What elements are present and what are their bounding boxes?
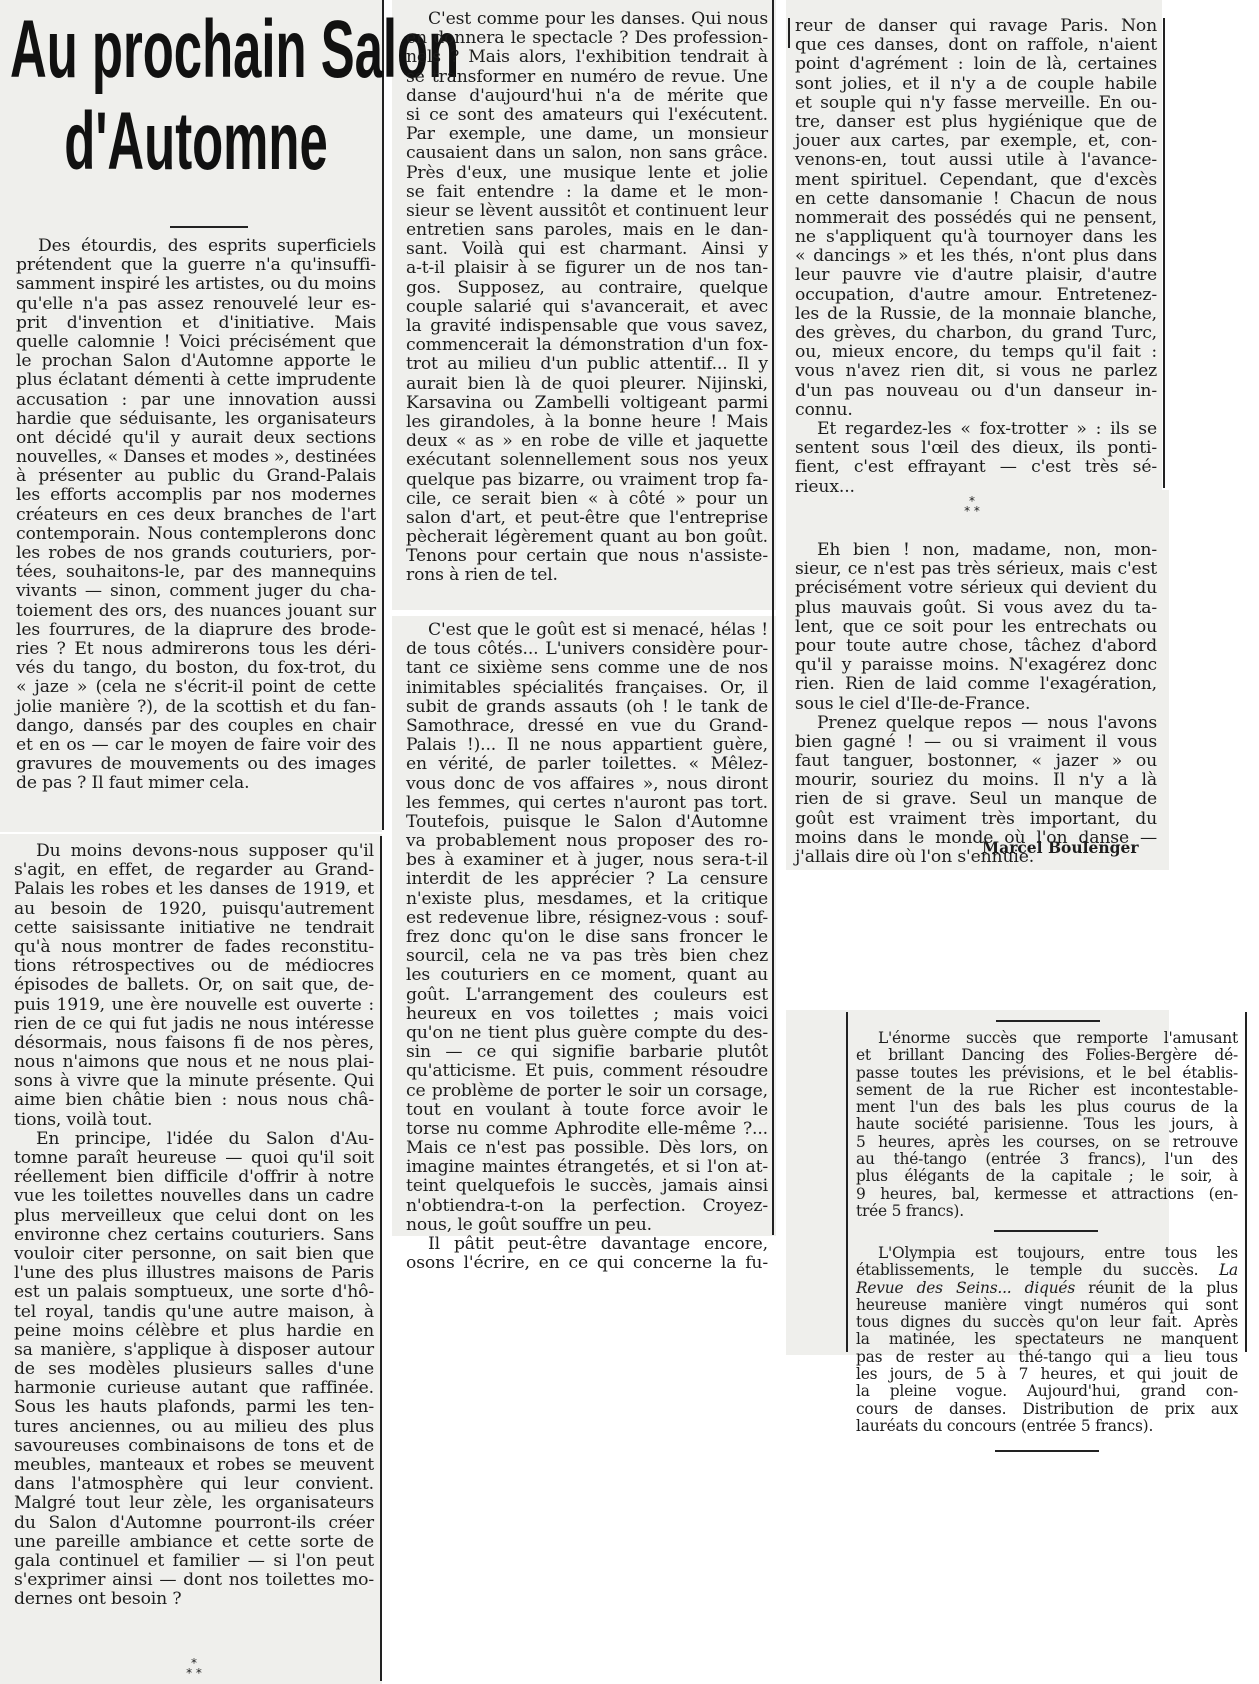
text-line: tant ce sixième sens comme une de nos: [406, 659, 768, 678]
text-line: l'une des plus illustres maisons de Pari…: [14, 1264, 374, 1283]
headline-line-1: Au prochain Salon: [10, 4, 382, 96]
text-line: ont décidé qu'il y aurait deux sections: [16, 429, 376, 448]
text-line: harmonie curieuse autant que raffinée.: [14, 1379, 374, 1398]
text-line: Près d'eux, une musique lente et jolie: [406, 164, 768, 183]
text-line: cette saisissante initiative ne tendrait: [14, 919, 374, 938]
text-line: interdit de les apprécier ? La censure: [406, 870, 768, 889]
text-line: rons à rien de tel.: [406, 566, 768, 585]
text-line: sons à vivre que la minute présente. Qui: [14, 1072, 374, 1091]
text-line: haute société parisienne. Tous les jours…: [856, 1116, 1238, 1133]
text-line: la matinée, les spectateurs ne manquent: [856, 1331, 1238, 1348]
text-line: trée 5 francs).: [856, 1203, 1238, 1220]
text-line: teint quelquefois le succès, jamais ains…: [406, 1177, 768, 1196]
text-line: la pleine vogue. Aujourd'hui, grand con-: [856, 1383, 1238, 1400]
text-line: que ces danses, dont on raffole, n'aient: [795, 36, 1157, 55]
text-line: frez donc qu'on le dise sans froncer le: [406, 928, 768, 947]
headline-line-2: d'Automne: [10, 96, 382, 188]
text-line: savoureuses combinaisons de tons et de: [14, 1437, 374, 1456]
text-line: sieur se lèvent aussitôt et continuent l…: [406, 202, 768, 221]
text-line: sant. Voilà qui est charmant. Ainsi y: [406, 240, 768, 259]
text-line: au thé-tango (entrée 3 francs), l'un des: [856, 1151, 1238, 1168]
text-line: causaient dans un salon, non sans grâce.: [406, 144, 768, 163]
text-line: Il pâtit peut-être davantage encore,: [406, 1235, 768, 1254]
text-line: créateurs en ces deux branches de l'art: [16, 506, 376, 525]
headline-rule: [170, 226, 248, 228]
text-line: les robes de nos grands couturiers, por-: [16, 544, 376, 563]
text-line: dango, dansés par des couples en chair: [16, 717, 376, 736]
text-line: de tous côtés... L'univers considère pou…: [406, 640, 768, 659]
text-line: rien de ce qui fut jadis ne nous intéres…: [14, 1015, 374, 1034]
text-line: lent, que ce soit pour les entrechats ou: [795, 618, 1157, 637]
text-line: va probablement nous proposer des ro-: [406, 832, 768, 851]
text-line: C'est comme pour les danses. Qui nous: [406, 10, 768, 29]
text-line: a-t-il plaisir à se figurer un de nos ta…: [406, 259, 768, 278]
text-line: Toutefois, puisque le Salon d'Automne: [406, 813, 768, 832]
text-line: plus mauvais goût. Si vous avez du ta-: [795, 599, 1157, 618]
text-line: prit d'invention et d'initiative. Mais: [16, 314, 376, 333]
text-line: venons-en, tout aussi utile à l'avance-: [795, 151, 1157, 170]
text-line: Et regardez-les « fox-trotter » : ils se: [795, 420, 1157, 439]
text-line: tel royal, tandis qu'une autre maison, à: [14, 1303, 374, 1322]
text-line: connu.: [795, 401, 1157, 420]
text-line: entretien sans paroles, mais en le dan-: [406, 221, 768, 240]
article-column-2-part-2: C'est que le goût est si menacé, hélas !…: [406, 621, 768, 1273]
text-line: rieux...: [795, 478, 1157, 497]
text-line: Des étourdis, des esprits superficiels: [16, 237, 376, 256]
text-line: des grèves, du charbon, du grand Turc,: [795, 324, 1157, 343]
text-line: les girandoles, à la bonne heure ! Mais: [406, 413, 768, 432]
article-author-signature: Marcel Boulenger: [982, 838, 1139, 857]
text-line: dans l'atmosphère qui leur convient.: [14, 1475, 374, 1494]
column-rule-2: [772, 0, 774, 1235]
text-line: vouloir citer personne, on sait bien que: [14, 1245, 374, 1264]
text-line: tre, danser est plus hygiénique que de: [795, 113, 1157, 132]
text-line: du Salon d'Automne pourront-ils créer: [14, 1514, 374, 1533]
text-line: sin — ce qui signifie barbarie plutôt: [406, 1043, 768, 1062]
text-line: meubles, manteaux et robes se meuvent: [14, 1456, 374, 1475]
text-line: et brillant Dancing des Folies-Bergère d…: [856, 1047, 1238, 1064]
text-line: qu'elle n'a pas assez renouvelé leur es-: [16, 295, 376, 314]
text-line: plus merveilleux que celui dont on les: [14, 1207, 374, 1226]
text-line: sont jolies, et il n'y a de couple habil…: [795, 75, 1157, 94]
olympia-line-2: établissements, le temple du succès. La: [856, 1262, 1238, 1279]
text-line: mourir, souriez du moins. Il n'y a là: [795, 771, 1157, 790]
text-line: la gravité indispensable que vous savez,: [406, 317, 768, 336]
notices-middle-rule: [994, 1230, 1098, 1232]
text-line: vés du tango, du boston, du fox-trot, du: [16, 659, 376, 678]
text-line: jolie manière ?), de la scottish et du f…: [16, 698, 376, 717]
text-line: les couturiers en ce moment, quant au: [406, 966, 768, 985]
text-line: de pas ? Il faut mimer cela.: [16, 774, 376, 793]
text-line: aurait bien là de quoi pleurer. Nijinski…: [406, 375, 768, 394]
text-line: qu'on ne tient plus guère compte du des-: [406, 1024, 768, 1043]
notice-olympia: L'Olympia est toujours, entre tous les é…: [856, 1245, 1238, 1435]
text-line: tout en voulant à toute force avoir le: [406, 1101, 768, 1120]
text-line: se fait entendre : la dame et le mon-: [406, 183, 768, 202]
text-line: tomne paraît heureuse — quoi qu'il soit: [14, 1149, 374, 1168]
text-line: sa manière, s'applique à disposer autour: [14, 1341, 374, 1360]
text-line: environne chez certains couturiers. Sans: [14, 1226, 374, 1245]
text-line: point d'agrément : loin de là, certaines: [795, 55, 1157, 74]
text-line: Palais les robes et les danses de 1919, …: [14, 880, 374, 899]
notices-top-rule: [996, 1020, 1100, 1022]
text-line: pas de rester au thé-tango qui a lieu to…: [856, 1349, 1238, 1366]
text-line: sourcil, cela ne va pas très bien chez: [406, 947, 768, 966]
olympia-line-2-text: établissements, le temple du succès.: [856, 1261, 1219, 1279]
text-line: fient, c'est effrayant — c'est très sé-: [795, 458, 1157, 477]
text-line: deux « as » en robe de ville et jaquette: [406, 432, 768, 451]
text-line: ries ? Et nous admirerons tous les déri-: [16, 640, 376, 659]
olympia-rest: heureuse manière vingt numéros qui sontt…: [856, 1297, 1238, 1435]
text-line: reur de danser qui ravage Paris. Non: [795, 17, 1157, 36]
text-line: qu'il y paraisse moins. N'exagérez donc: [795, 656, 1157, 675]
section-separator-stars: ** *: [174, 1658, 214, 1678]
text-line: 5 heures, après les courses, on se retro…: [856, 1134, 1238, 1151]
text-line: ment spirituel. Cependant, que d'excès: [795, 171, 1157, 190]
text-line: quelque pas bizarre, ou vraiment trop fa…: [406, 471, 768, 490]
text-line: sement de la rue Richer est incontestabl…: [856, 1082, 1238, 1099]
text-line: les fourrures, de la diaprure des brode-: [16, 621, 376, 640]
text-line: gravures de mouvements ou des images: [16, 755, 376, 774]
text-line: En principe, l'idée du Salon d'Au-: [14, 1130, 374, 1149]
text-line: leur pauvre vie d'autre plaisir, d'autre: [795, 266, 1157, 285]
text-line: une pareille ambiance et cette sorte de: [14, 1533, 374, 1552]
text-line: salon d'art, et peut-être que l'entrepri…: [406, 509, 768, 528]
olympia-revue-title: Revue des Seins... diqués: [856, 1279, 1075, 1297]
text-line: tous dignes du succès qu'on leur fait. A…: [856, 1314, 1238, 1331]
text-line: tions, voilà tout.: [14, 1111, 374, 1130]
text-line: est un palais somptueux, une sorte d'hô-: [14, 1283, 374, 1302]
text-line: Du moins devons-nous supposer qu'il: [14, 842, 374, 861]
text-line: bien gagné ! — ou si vraiment il vous: [795, 733, 1157, 752]
text-line: vivants — sinon, comment juger du cha-: [16, 582, 376, 601]
text-line: prétendent que la guerre n'a qu'insuffi-: [16, 256, 376, 275]
text-line: s'agit, en effet, de regarder au Grand-: [14, 861, 374, 880]
text-line: ne s'appliquent qu'à tournoyer dans les: [795, 228, 1157, 247]
text-line: Malgré tout leur zèle, les organisateurs: [14, 1494, 374, 1513]
text-line: « dancings » et les thés, n'ont plus dan…: [795, 247, 1157, 266]
text-line: exécutant solennellement sous nos yeux: [406, 451, 768, 470]
text-line: pècherait légèrement quant au bon goût.: [406, 528, 768, 547]
text-line: osons l'écrire, en ce qui concerne la fu…: [406, 1254, 768, 1273]
text-line: faut tanguer, bostonner, « jazer » ou: [795, 752, 1157, 771]
notices-bottom-rule: [995, 1450, 1099, 1452]
text-line: vue les toilettes nouvelles dans un cadr…: [14, 1187, 374, 1206]
notice-folies-bergere: L'énorme succès que remporte l'amusantet…: [856, 1030, 1238, 1220]
text-line: plus éclatant démenti à cette imprudente: [16, 371, 376, 390]
text-line: Prenez quelque repos — nous l'avons: [795, 714, 1157, 733]
column-rule-3-left: [788, 18, 790, 48]
text-line: sentent sous l'œil des dieux, ils ponti-: [795, 439, 1157, 458]
text-line: hardie que séduisante, les organisateurs: [16, 410, 376, 429]
text-line: commencerait la démonstration d'un fox-: [406, 336, 768, 355]
text-line: cours de danses. Distribution de prix au…: [856, 1401, 1238, 1418]
text-line: en donnera le spectacle ? Des profession…: [406, 29, 768, 48]
text-line: cile, ce serait bien « à côté » pour un: [406, 490, 768, 509]
text-line: n'obtiendra-t-on la perfection. Croyez-: [406, 1197, 768, 1216]
text-line: Palais !)... Il ne nous appartient guère…: [406, 736, 768, 755]
text-line: désormais, nous faisons fi de nos pères,: [14, 1034, 374, 1053]
text-line: ment l'un des bals les plus courus de la: [856, 1099, 1238, 1116]
text-line: à présenter au public du Grand-Palais: [16, 467, 376, 486]
text-line: tions rétrospectives ou de médiocres: [14, 957, 374, 976]
notices-rule-right: [1245, 1012, 1247, 1352]
text-line: passe toutes les prévisions, et le bel é…: [856, 1065, 1238, 1082]
text-line: au besoin de 1920, puisqu'autrement: [14, 900, 374, 919]
text-line: nels ? Mais alors, l'exhibition tendrait…: [406, 48, 768, 67]
text-line: subit de grands assauts (oh ! le tank de: [406, 698, 768, 717]
text-line: Eh bien ! non, madame, non, mon-: [795, 541, 1157, 560]
text-line: et souple qui n'y fasse merveille. En ou…: [795, 94, 1157, 113]
text-line: Par exemple, une dame, un monsieur: [406, 125, 768, 144]
text-line: aime bien châtie bien : nous nous châ-: [14, 1091, 374, 1110]
text-line: imagine maintes étrangetés, et si l'on a…: [406, 1158, 768, 1177]
text-line: goût est vraiment très important, du: [795, 810, 1157, 829]
text-line: gala continuel et familier — si l'on peu…: [14, 1552, 374, 1571]
text-line: en vérité, de parler toilettes. « Mêlez-: [406, 755, 768, 774]
text-line: est redevenue libre, résignez-vous : sou…: [406, 909, 768, 928]
notices-rule-left: [846, 1012, 848, 1352]
text-line: toiement des ors, des nuances jouant sur: [16, 602, 376, 621]
column-rule-1: [382, 0, 384, 830]
text-line: n'existe plus, mesdames, et la critique: [406, 890, 768, 909]
text-line: puis 1919, une ère nouvelle est ouverte …: [14, 996, 374, 1015]
text-line: vous donc de vos affaires », nous diront: [406, 775, 768, 794]
text-line: gos. Supposez, au contraire, quelque: [406, 279, 768, 298]
text-line: les de la Russie, de la monnaie blanche,: [795, 305, 1157, 324]
text-line: tures anciennes, ou au milieu des plus: [14, 1418, 374, 1437]
text-line: nouvelles, « Danses et modes », destinée…: [16, 448, 376, 467]
text-line: qu'atticisme. Et puis, comment résoudre: [406, 1062, 768, 1081]
text-line: réellement bien difficile d'offrir à not…: [14, 1168, 374, 1187]
text-line: « jaze » (cela ne s'écrit-il point de ce…: [16, 678, 376, 697]
text-line: qu'à nous montrer de fades reconstitu-: [14, 938, 374, 957]
text-line: couple salarié qui s'avancerait, et avec: [406, 298, 768, 317]
article-column-3-part-2: Eh bien ! non, madame, non, mon-sieur, c…: [795, 541, 1157, 867]
text-line: rien. Rien de laid comme l'exagération,: [795, 675, 1157, 694]
article-column-3-part-1: reur de danser qui ravage Paris. Nonque …: [795, 17, 1157, 497]
olympia-line-3: Revue des Seins... diqués réunit de la p…: [856, 1280, 1238, 1297]
column-rule-3-right: [1163, 18, 1165, 488]
text-line: dernes ont besoin ?: [14, 1590, 374, 1609]
text-line: et en os — car le moyen de faire voir de…: [16, 736, 376, 755]
text-line: heureux en vos toilettes ; mais voici: [406, 1005, 768, 1024]
text-line: peine moins célèbre et plus hardie en: [14, 1322, 374, 1341]
text-line: trot au milieu d'un public attentif... I…: [406, 355, 768, 374]
text-line: ou, mieux encore, du temps qu'il fait :: [795, 343, 1157, 362]
text-line: danse d'aujourd'hui n'a de mérite que: [406, 87, 768, 106]
text-line: épisodes de ballets. Or, on sait que, de…: [14, 976, 374, 995]
text-line: précisément votre sérieux qui devient du: [795, 579, 1157, 598]
text-line: 9 heures, bal, kermesse et attractions (…: [856, 1186, 1238, 1203]
text-line: Samothrace, dressé en vue du Grand-: [406, 717, 768, 736]
text-line: plus élégants de la capitale ; le soir, …: [856, 1168, 1238, 1185]
section-separator-stars: ** *: [952, 496, 992, 516]
text-line: quelle calomnie ! Voici précisément que: [16, 333, 376, 352]
text-line: sous le ciel d'Ile-de-France.: [795, 695, 1157, 714]
text-line: accusation : par une innovation aussi: [16, 391, 376, 410]
text-line: nommerait des possédés qui ne pensent,: [795, 209, 1157, 228]
text-line: heureuse manière vingt numéros qui sont: [856, 1297, 1238, 1314]
text-line: lauréats du concours (entrée 5 francs).: [856, 1418, 1238, 1435]
text-line: inimitables spécialités françaises. Or, …: [406, 679, 768, 698]
text-line: tées, souhaitons-le, par des mannequins: [16, 563, 376, 582]
text-line: jouer aux cartes, par exemple, et, con-: [795, 132, 1157, 151]
text-line: nous n'aimons que nous et ne nous plai-: [14, 1053, 374, 1072]
text-line: nous, le goût souffre un peu.: [406, 1216, 768, 1235]
text-line: C'est que le goût est si menacé, hélas !: [406, 621, 768, 640]
article-column-1-part-2: Du moins devons-nous supposer qu'ils'agi…: [14, 842, 374, 1610]
text-line: d'un pas nouveau ou d'un danseur in-: [795, 382, 1157, 401]
text-line: Karsavina ou Zambelli voltigeant parmi: [406, 394, 768, 413]
text-line: sieur, ce n'est pas très sérieux, mais c…: [795, 560, 1157, 579]
article-column-2-part-1: C'est comme pour les danses. Qui nousen …: [406, 10, 768, 586]
text-line: les efforts accomplis par nos modernes: [16, 486, 376, 505]
text-line: les femmes, qui certes n'auront pas tort…: [406, 794, 768, 813]
text-line: s'exprimer ainsi — dont nos toilettes mo…: [14, 1571, 374, 1590]
text-line: occupation, d'autre amour. Entretenez-: [795, 286, 1157, 305]
text-line: en cette dansomanie ! Chacun de nous: [795, 190, 1157, 209]
text-line: Tenons pour certain que nous n'assiste-: [406, 547, 768, 566]
olympia-revue-title-start: La: [1219, 1261, 1238, 1279]
text-line: se transformer en numéro de revue. Une: [406, 68, 768, 87]
column-rule-1b: [380, 836, 382, 1681]
text-line: pour toute autre chose, tâchez d'abord: [795, 637, 1157, 656]
text-line: contemporain. Nous contemplerons donc: [16, 525, 376, 544]
text-line: L'énorme succès que remporte l'amusant: [856, 1030, 1238, 1047]
article-column-1-part-1: Des étourdis, des esprits superficielspr…: [16, 237, 376, 793]
text-line: Mais ce n'est pas possible. Dès lors, on: [406, 1139, 768, 1158]
article-headline: Au prochain Salon d'Automne: [81, 4, 312, 188]
text-line: rien de si grave. Seul un manque de: [795, 790, 1157, 809]
text-line: Sous les hauts plafonds, parmi les ten-: [14, 1398, 374, 1417]
text-line: vous n'avez rien dit, si vous ne parlez: [795, 362, 1157, 381]
text-line: les jours, de 5 à 7 heures, et qui jouit…: [856, 1366, 1238, 1383]
text-line: goût. L'arrangement des couleurs est: [406, 986, 768, 1005]
text-line: le prochan Salon d'Automne apporte le: [16, 352, 376, 371]
text-line: de ses modèles plusieurs salles d'une: [14, 1360, 374, 1379]
olympia-line-1: L'Olympia est toujours, entre tous les: [856, 1245, 1238, 1262]
text-line: torse nu comme Aphrodite elle-même ?...: [406, 1120, 768, 1139]
olympia-line-3-text: réunit de la plus: [1075, 1279, 1238, 1297]
text-line: si ce sont des amateurs qui l'exécutent.: [406, 106, 768, 125]
text-line: bes à examiner et à juger, nous sera-t-i…: [406, 851, 768, 870]
text-line: ce problème de porter le soir un corsage…: [406, 1082, 768, 1101]
text-line: samment inspiré les artistes, ou du moin…: [16, 275, 376, 294]
